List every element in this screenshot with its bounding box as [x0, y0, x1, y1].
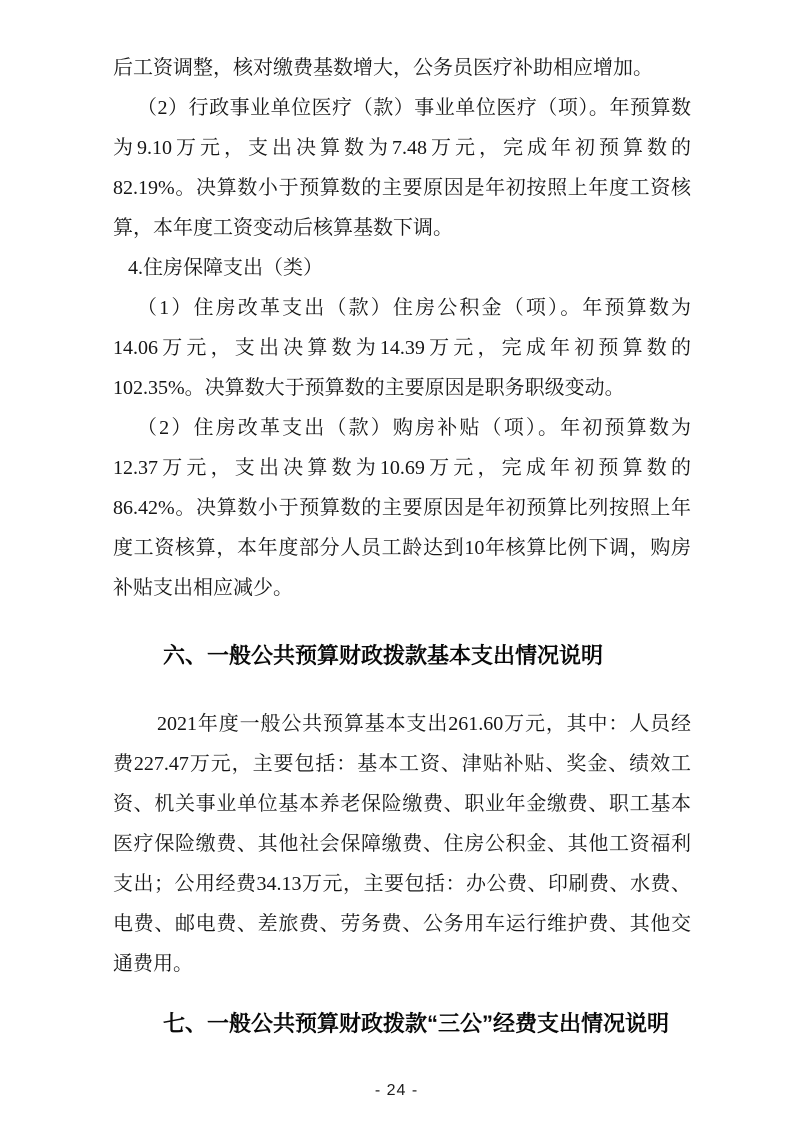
text-line: 102.35%。决算数大于预算数的主要原因是职务职级变动。: [113, 368, 691, 408]
text-line: （1）住房改革支出（款）住房公积金（项）。年预算数为: [113, 288, 691, 328]
text-line: 14.06万元，支出决算数为14.39万元，完成年初预算数的: [113, 328, 691, 368]
text-line: 算，本年度工资变动后核算基数下调。: [113, 208, 691, 248]
text-line: 医疗保险缴费、其他社会保障缴费、住房公积金、其他工资福利: [113, 824, 691, 864]
text-line: 费227.47万元，主要包括：基本工资、津贴补贴、奖金、绩效工: [113, 744, 691, 784]
text-line: 资、机关事业单位基本养老保险缴费、职业年金缴费、职工基本: [113, 784, 691, 824]
text-line: （2）行政事业单位医疗（款）事业单位医疗（项）。年预算数: [113, 88, 691, 128]
text-line: （2）住房改革支出（款）购房补贴（项）。年初预算数为: [113, 408, 691, 448]
text-line: 补贴支出相应减少。: [113, 568, 691, 608]
text-line: 2021年度一般公共预算基本支出261.60万元，其中：人员经: [113, 704, 691, 744]
text-line: 后工资调整，核对缴费基数增大，公务员医疗补助相应增加。: [113, 48, 691, 88]
text-line: 4.住房保障支出（类）: [113, 248, 691, 288]
section-heading: 六、一般公共预算财政拨款基本支出情况说明: [113, 636, 691, 676]
text-line: 度工资核算，本年度部分人员工龄达到10年核算比例下调，购房: [113, 528, 691, 568]
section-heading: 七、一般公共预算财政拨款“三公”经费支出情况说明: [113, 1004, 691, 1044]
text-line: 支出；公用经费34.13万元，主要包括：办公费、印刷费、水费、: [113, 864, 691, 904]
document-body: 后工资调整，核对缴费基数增大，公务员医疗补助相应增加。（2）行政事业单位医疗（款…: [0, 0, 793, 1044]
document-page: 后工资调整，核对缴费基数增大，公务员医疗补助相应增加。（2）行政事业单位医疗（款…: [0, 0, 793, 1122]
text-line: 通费用。: [113, 944, 691, 984]
text-line: 12.37万元，支出决算数为10.69万元，完成年初预算数的: [113, 448, 691, 488]
page-number: - 24 -: [0, 1082, 793, 1100]
text-line: 82.19%。决算数小于预算数的主要原因是年初按照上年度工资核: [113, 168, 691, 208]
text-line: 为9.10万元，支出决算数为7.48万元，完成年初预算数的: [113, 128, 691, 168]
text-line: 86.42%。决算数小于预算数的主要原因是年初预算比列按照上年: [113, 488, 691, 528]
text-line: 电费、邮电费、差旅费、劳务费、公务用车运行维护费、其他交: [113, 904, 691, 944]
